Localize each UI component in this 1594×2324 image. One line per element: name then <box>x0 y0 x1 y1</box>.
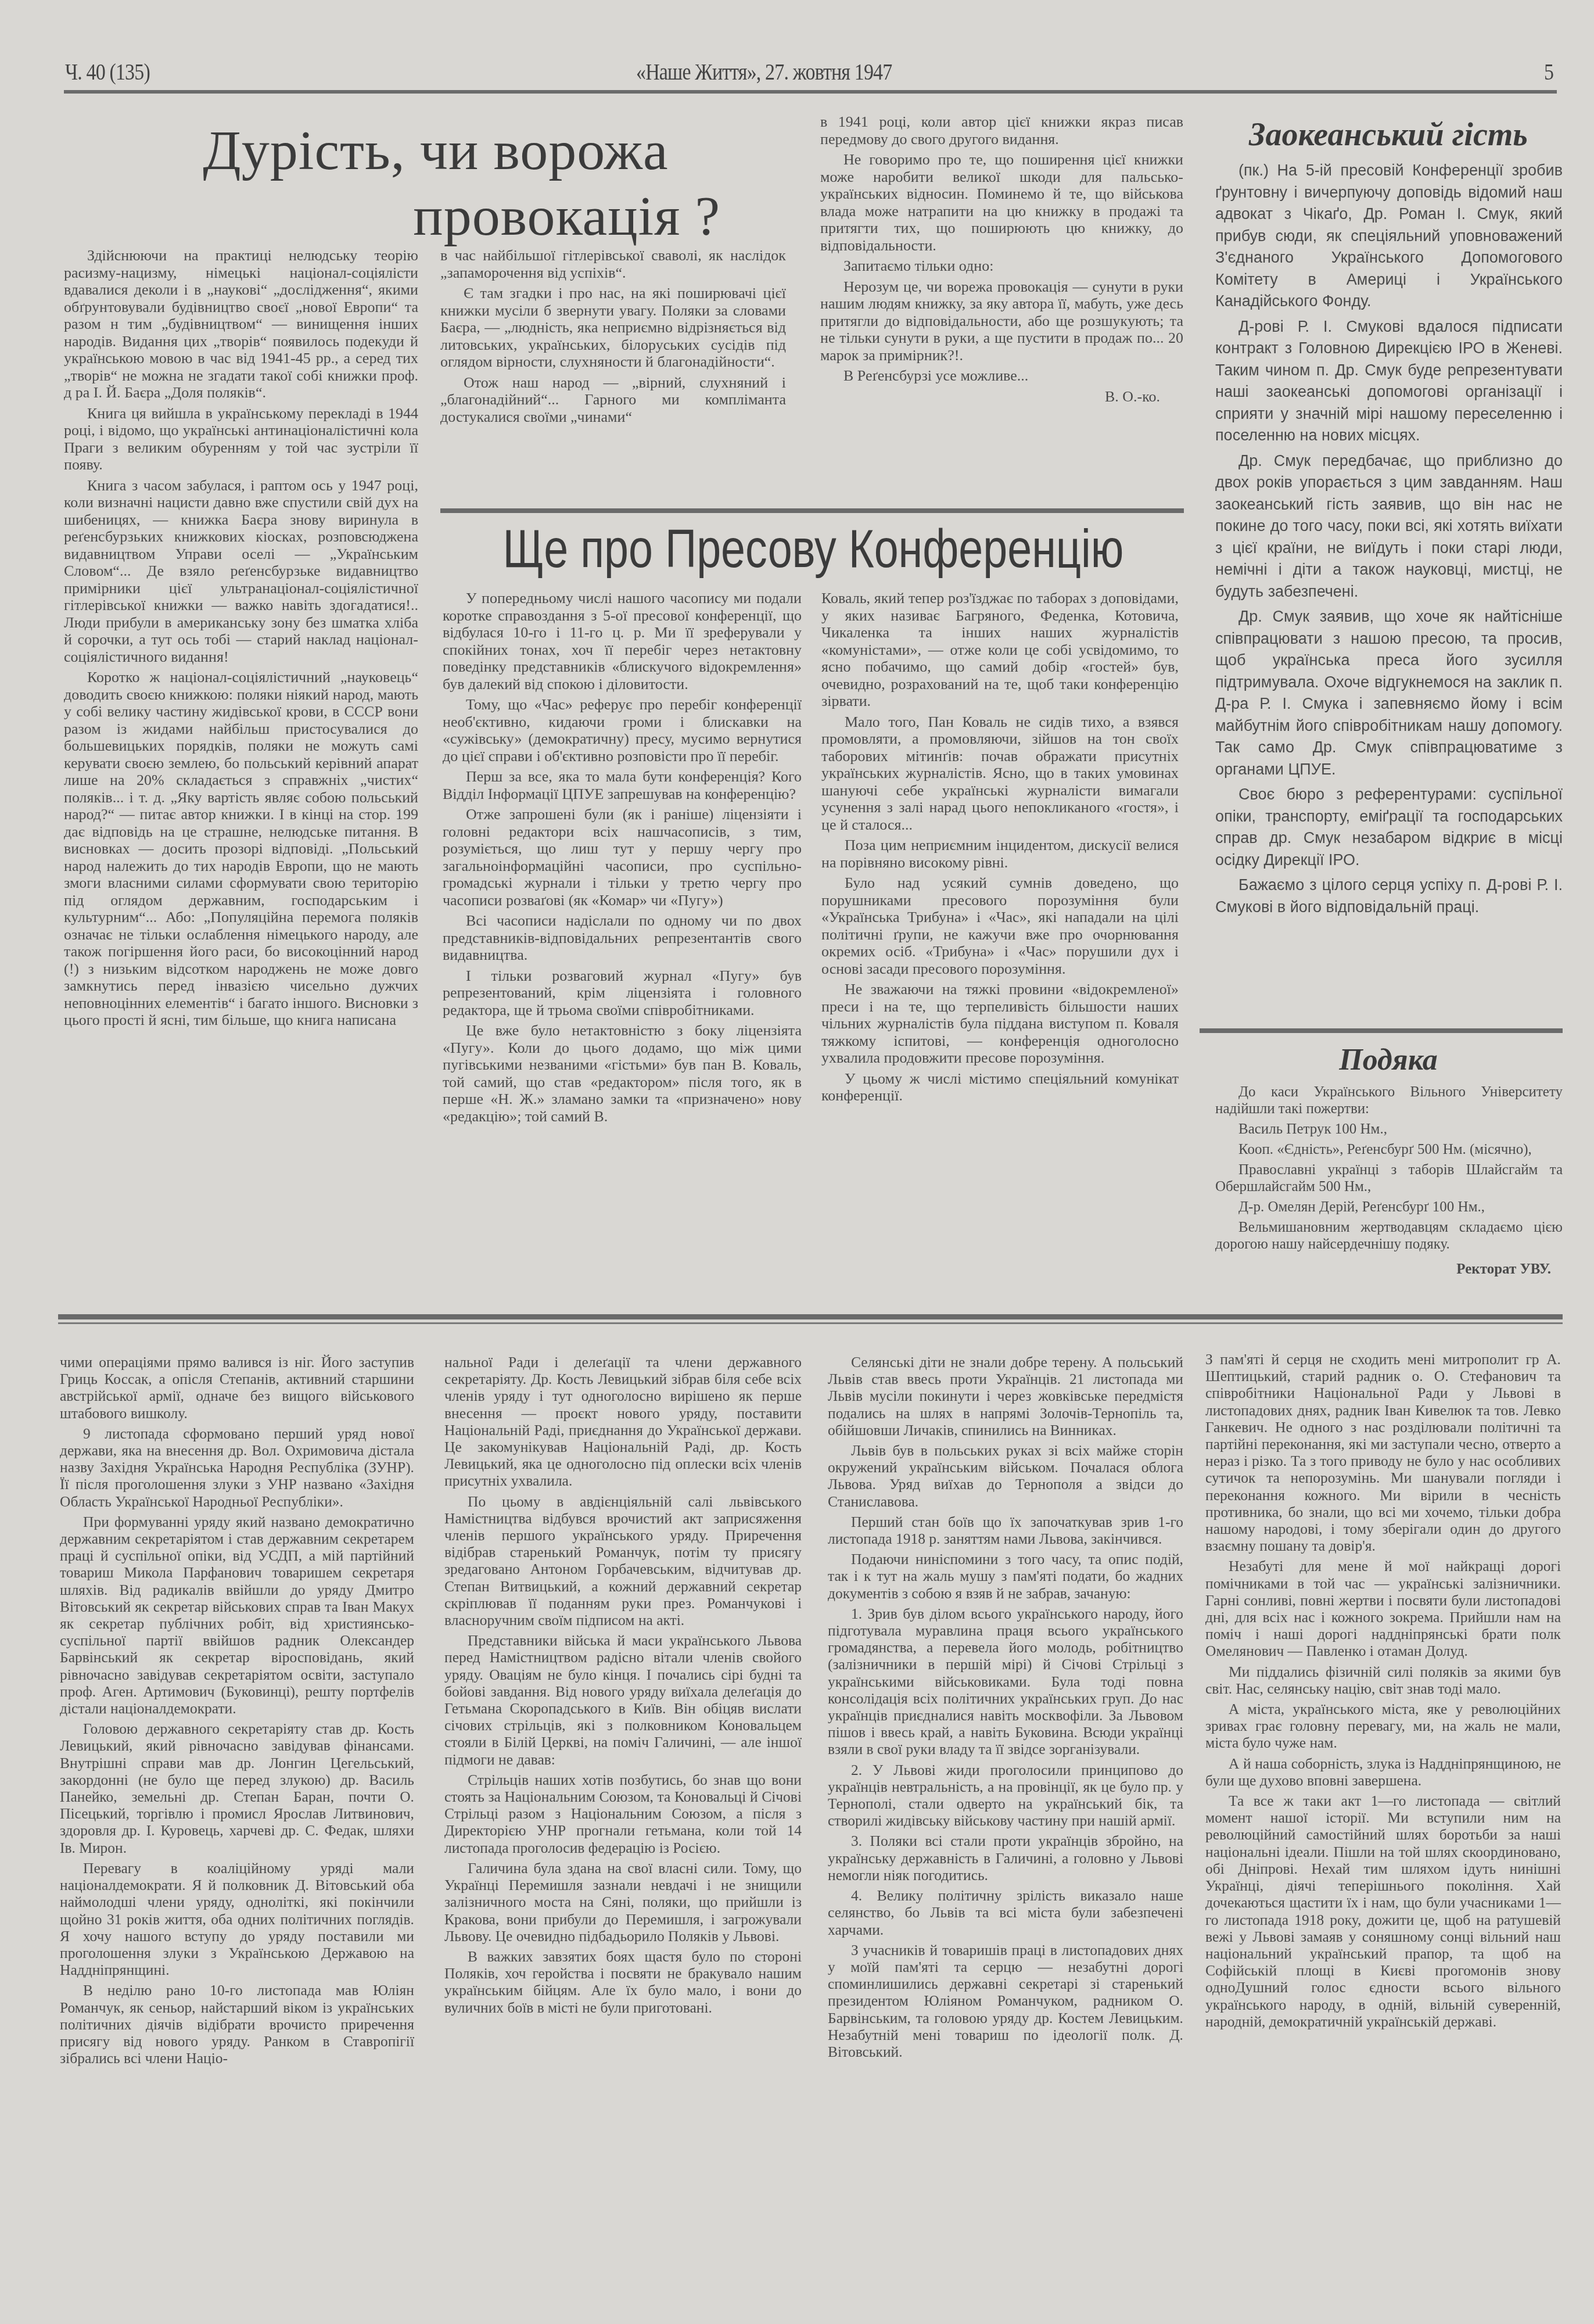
paragraph: Тому, що «Час» реферує про перебіг конфе… <box>443 696 802 765</box>
page-divider <box>58 1314 1563 1319</box>
page-number: 5 <box>1544 58 1553 85</box>
paragraph: Коваль, який тепер роз'їзджає по таборах… <box>821 590 1179 710</box>
paragraph: Не говоримо про те, що поширення цієї кн… <box>820 151 1183 254</box>
donation-item: Православні українці з таборів Шлайсгайм… <box>1215 1161 1563 1195</box>
guest-body: (пк.) На 5-ій пресовій Конференції зроби… <box>1215 160 1563 918</box>
paragraph: Бажаємо з цілого серця успіху п. Д-рові … <box>1215 874 1563 918</box>
paragraph: Др. Смук передбачає, що приблизно до дво… <box>1215 450 1563 603</box>
paragraph: При формуванні уряду який названо демокр… <box>60 1514 414 1717</box>
paragraph: в 1941 році, коли автор цієї книжки якра… <box>820 113 1183 148</box>
paragraph: Здійснюючи на практиці нелюдську теорію … <box>64 247 418 401</box>
paragraph: Д-рові Р. І. Смукові вдалося підписати к… <box>1215 316 1563 447</box>
donation-item: Кооп. «Єдність», Реґенсбурґ 500 Нм. (міс… <box>1215 1141 1563 1158</box>
paragraph: Ми піддались фізичній силі поляків за як… <box>1205 1663 1561 1697</box>
provocation-column-3: в 1941 році, коли автор цієї книжки якра… <box>820 113 1183 405</box>
donation-item: Василь Петрук 100 Нм., <box>1215 1121 1563 1138</box>
paragraph: Не зважаючи на тяжкі провини «відокремле… <box>821 981 1179 1067</box>
paragraph: По цьому в авдієнціяльній салі львівсько… <box>444 1493 802 1629</box>
paragraph: 3. Поляки всі стали проти українців збро… <box>828 1832 1183 1884</box>
paragraph: чими операціями прямо валився із ніг. Йо… <box>60 1354 414 1422</box>
paragraph: Отож наш народ — „вірний, слухняний і „б… <box>440 374 786 426</box>
provocation-column-1: Здійснюючи на практиці нелюдську теорію … <box>64 247 418 1029</box>
continued-column-3: Селянські діти не знали добре терену. А … <box>828 1354 1183 2060</box>
page-divider-thin <box>58 1322 1563 1324</box>
paragraph: Др. Смук заявив, що хоче як найтісніше с… <box>1215 606 1563 780</box>
conference-column-2: Коваль, який тепер роз'їзджає по таборах… <box>821 590 1179 1104</box>
continued-column-4: З пам'яті й серця не сходить мені митроп… <box>1205 1351 1561 2030</box>
paragraph: Книга з часом забулася, і раптом ось у 1… <box>64 477 418 666</box>
continued-column-2: нальної Ради і делеґації та члени держав… <box>444 1354 802 2016</box>
thanks-intro: До каси Українського Вільного Університе… <box>1215 1084 1563 1117</box>
paragraph: Стрільців наших хотів позбутись, бо знав… <box>444 1771 802 1856</box>
paragraph: Перш за все, яка то мала бути конференці… <box>443 768 802 802</box>
paragraph: нальної Ради і делеґації та члени держав… <box>444 1354 802 1490</box>
paragraph: У цьому ж числі містимо спеціяльний кому… <box>821 1070 1179 1104</box>
thanks-body: До каси Українського Вільного Університе… <box>1215 1084 1563 1278</box>
paragraph: Було над усякий сумнів доведено, що пору… <box>821 874 1179 977</box>
paragraph: (пк.) На 5-ій пресовій Конференції зроби… <box>1215 160 1563 313</box>
masthead-date: «Наше Життя», 27. жовтня 1947 <box>636 58 892 85</box>
paragraph: Своє бюро з референтурами: суспільної оп… <box>1215 784 1563 871</box>
paragraph: Галичина була здана на свої власні сили.… <box>444 1860 802 1945</box>
paragraph: В неділю рано 10-го листопада мав Юліян … <box>60 1982 414 2067</box>
paragraph: Є там згадки і про нас, на які поширювач… <box>440 285 786 371</box>
provocation-title-line2: провокація ? <box>314 185 720 248</box>
issue-number: Ч. 40 (135) <box>65 58 150 85</box>
paragraph: Та все ж таки акт 1—го листопада — світл… <box>1205 1792 1561 2030</box>
paragraph: в час найбільшої гітлерівської сваволі, … <box>440 247 786 281</box>
thanks-signature: Ректорат УВУ. <box>1215 1261 1563 1278</box>
continued-column-1: чими операціями прямо валився із ніг. Йо… <box>60 1354 414 2067</box>
paragraph: Головою державного секретаріяту став др.… <box>60 1720 414 1856</box>
paragraph: Книга ця вийшла в українському перекладі… <box>64 405 418 474</box>
paragraph: У попередньому числі нашого часопису ми … <box>443 590 802 693</box>
guest-title: Заокеанський гість <box>1214 116 1563 153</box>
paragraph: Представники війська й маси українського… <box>444 1632 802 1768</box>
paragraph: А міста, українського міста, яке у револ… <box>1205 1701 1561 1752</box>
newspaper-page: Ч. 40 (135) «Наше Життя», 27. жовтня 194… <box>0 0 1594 2324</box>
paragraph: Коротко ж націонал-соціялістичний „науко… <box>64 669 418 1029</box>
donation-item: Д-р. Омелян Дерій, Реґенсбурґ 100 Нм., <box>1215 1199 1563 1215</box>
sidebar-divider <box>1200 1028 1563 1033</box>
paragraph: Нерозум це, чи ворежа провокація — сунут… <box>820 278 1183 364</box>
paragraph: Поза цим неприємним інцидентом, дискусії… <box>821 837 1179 871</box>
paragraph: В важких завзятих боях щастя було по сто… <box>444 1948 802 2016</box>
paragraph: Подаючи ниніспомини з того часу, та опис… <box>828 1551 1183 1602</box>
paragraph: 2. У Львові жиди проголосили принципово … <box>828 1762 1183 1830</box>
thanks-title: Подяка <box>1214 1043 1563 1078</box>
paragraph: Це вже було нетактовністю з боку ліцензі… <box>443 1022 802 1125</box>
thanks-closing: Вельмишановним жертводавцям складаємо ці… <box>1215 1219 1563 1253</box>
paragraph: Запитаємо тільки одно: <box>820 257 1183 275</box>
paragraph: Мало того, Пан Коваль не сидів тихо, а в… <box>821 713 1179 834</box>
provocation-column-2: в час найбільшої гітлерівської сваволі, … <box>440 247 786 425</box>
paragraph: З учасників й товаришів праці в листопад… <box>828 1942 1183 2060</box>
paragraph: Отже запрошені були (як і раніше) ліценз… <box>443 806 802 909</box>
provocation-signature: В. О.-ко. <box>820 388 1183 406</box>
paragraph: 9 листопада сформовано перший уряд нової… <box>60 1425 414 1510</box>
paragraph: А й наша соборність, злука із Наддніпрян… <box>1205 1755 1561 1789</box>
provocation-title-line1: Дурість, чи ворожа <box>145 119 726 182</box>
header-rule <box>64 90 1557 94</box>
conference-column-1: У попередньому числі нашого часопису ми … <box>443 590 802 1125</box>
paragraph: Львів був в польських руках зі всіх майж… <box>828 1442 1183 1510</box>
paragraph: І тільки розваговий журнал «Пугу» був ре… <box>443 967 802 1019</box>
paragraph: 4. Велику політичну зрілість виказало на… <box>828 1887 1183 1938</box>
paragraph: Всі часописи надіслали по одному чи по д… <box>443 912 802 964</box>
paragraph: З пам'яті й серця не сходить мені митроп… <box>1205 1351 1561 1554</box>
section-divider <box>440 508 1184 513</box>
paragraph: 1. Зрив був ділом всього українського на… <box>828 1605 1183 1758</box>
paragraph: Перший стан боїв що їх започаткував зрив… <box>828 1514 1183 1547</box>
paragraph: Селянські діти не знали добре терену. А … <box>828 1354 1183 1439</box>
paragraph: Незабуті для мене й мої найкращі дорогі … <box>1205 1558 1561 1659</box>
paragraph: Перевагу в коаліційному уряді мали націо… <box>60 1860 414 1978</box>
conference-title: Ще про Пресову Конференцію <box>499 520 1128 578</box>
paragraph: В Реґенсбурзі усе можливе... <box>820 367 1183 385</box>
